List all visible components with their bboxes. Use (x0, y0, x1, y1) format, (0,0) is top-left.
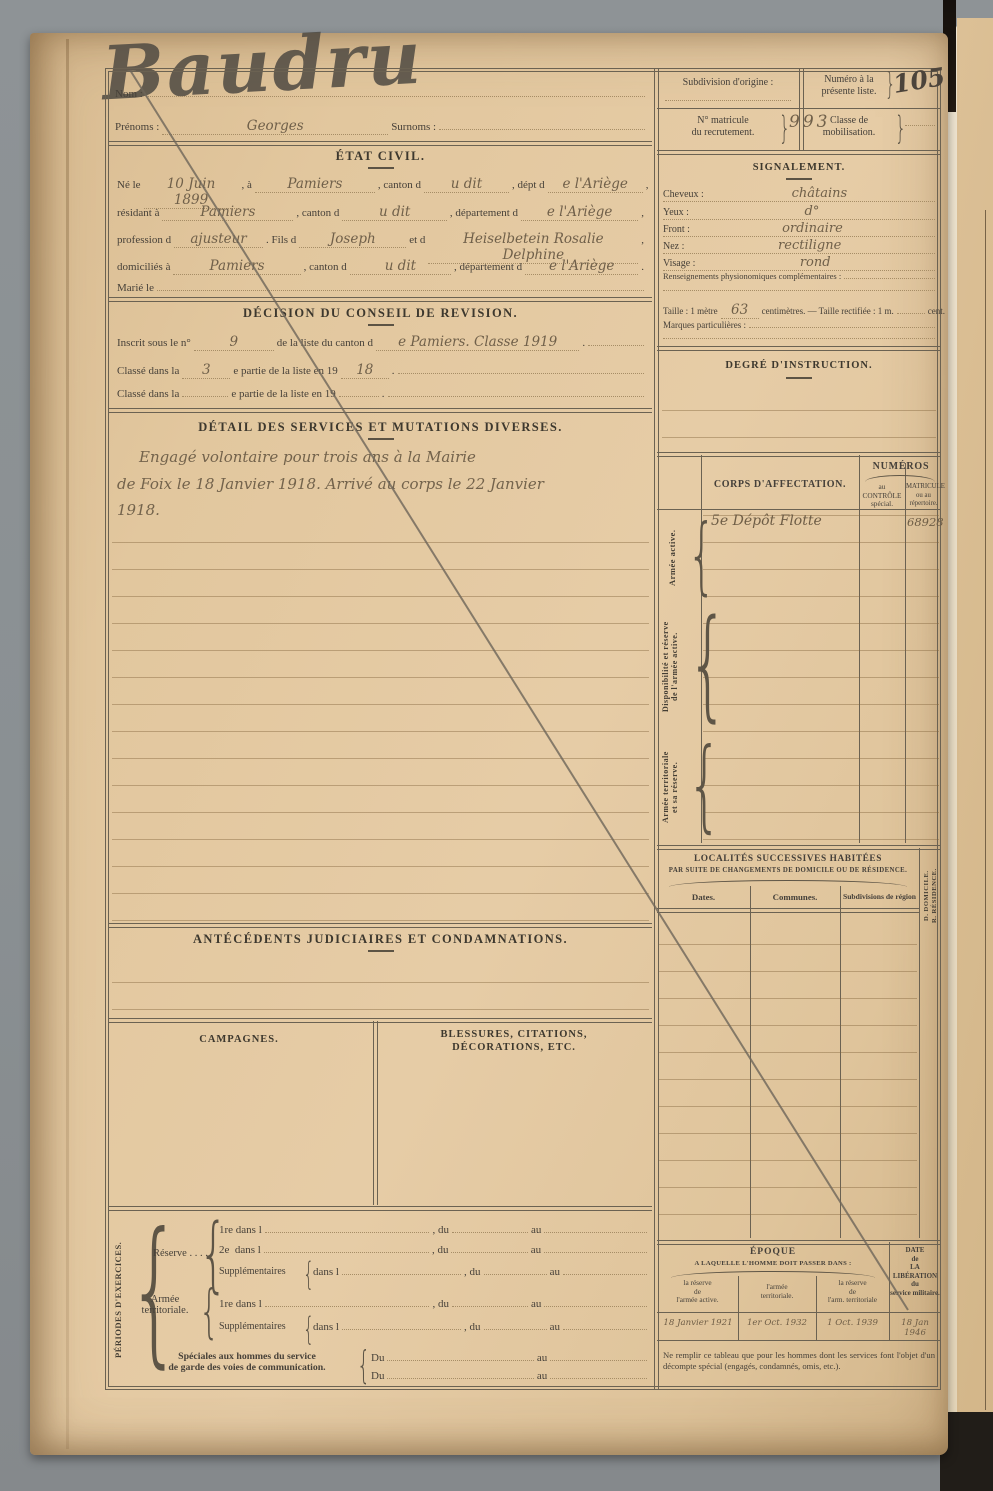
disponibilite-side-label: Disponibilité et réserve de l'armée acti… (661, 605, 679, 729)
signalement-row: Visage : rond (663, 255, 935, 271)
disponibilite-brace-icon: { (687, 605, 729, 725)
handwritten-text: 9 (194, 334, 274, 351)
dotted-rule (663, 337, 935, 339)
dotted-rule (563, 1272, 647, 1275)
territoriale-side-label: Armée territoriale et sa réserve. (661, 737, 679, 837)
yeux-label: Yeux : (663, 207, 689, 218)
decision-line-2: Classé dans la3e partie de la liste en 1… (117, 362, 644, 379)
printed-text: au (537, 1370, 547, 1382)
page-crease (66, 39, 69, 1449)
services-handwritten-2: de Foix le 18 Janvier 1918. Arrivé au co… (117, 475, 544, 493)
blank-ruled-area (112, 516, 649, 922)
speciales-brace-icon: { (357, 1346, 370, 1384)
periodes-section: PÉRIODES D'EXERCICES. { Réserve . . . . … (105, 1208, 656, 1390)
cheveux-label: Cheveux : (663, 189, 704, 200)
decision-line-1: Inscrit sous le n°9de la liste du canton… (117, 334, 644, 351)
degre-title: DEGRÉ D'INSTRUCTION. (657, 360, 941, 371)
handwritten-text: Pamiers (162, 204, 293, 221)
epoque-value-1: 18 Janvier 1921 (658, 1318, 738, 1328)
next-page-border-line (985, 210, 986, 1410)
handwritten-text: ajusteur (174, 231, 263, 248)
printed-text: dans l (313, 1321, 339, 1333)
printed-text: au (537, 1352, 547, 1364)
numeros-header: NUMÉROS (861, 461, 941, 472)
renseignements-label: Renseignements physionomiques complément… (663, 271, 841, 281)
blessures-header: BLESSURES, CITATIONS, DÉCORATIONS, ETC. (376, 1028, 652, 1054)
prenoms-row: Prénoms : Georges Surnoms : (115, 118, 645, 135)
rule-double (657, 346, 941, 351)
right-column: Subdivision d'origine : Numéro à la prés… (657, 68, 941, 1390)
matricule-form: Nom : Prénoms : Georges Surnoms : ÉTAT C… (105, 68, 941, 1390)
handwritten-text: e Pamiers. Classe 1919 (376, 334, 579, 351)
handwritten-text: Joseph (299, 231, 406, 248)
adjacent-page-edge (948, 26, 957, 1438)
dotted-rule (439, 127, 645, 130)
title-dash (368, 324, 394, 326)
dotted-rule (665, 99, 791, 101)
printed-text: . Fils d (266, 234, 296, 246)
numero-brace-icon: } (885, 70, 896, 100)
printed-text: centimètres. — Taille rectifiée : 1 m. (762, 306, 894, 316)
rule-double (109, 408, 652, 413)
dotted-rule (388, 394, 644, 397)
handwritten-text: 63 (721, 302, 759, 319)
printed-text: Classé dans la (117, 365, 179, 377)
printed-text: au (531, 1224, 541, 1236)
campagnes-header: CAMPAGNES. (105, 1034, 373, 1045)
printed-text: profession d (117, 234, 171, 246)
localites-subtitle: PAR SUITE DE CHANGEMENTS DE DOMICILE OU … (657, 867, 919, 874)
dotted-rule (905, 124, 935, 126)
visage-label: Visage : (663, 258, 695, 269)
title-dash (368, 438, 394, 440)
handwritten-text: 3 (182, 362, 230, 379)
header-bottom-line (657, 1312, 941, 1313)
services-handwritten-1: Engagé volontaire pour trois ans à la Ma… (139, 448, 476, 466)
printed-text: , du (432, 1298, 449, 1310)
printed-text: , du (464, 1321, 481, 1333)
epoque-col-2: l'armée territoriale. (738, 1283, 816, 1300)
speciales-label: Spéciales aux hommes du service de garde… (127, 1351, 367, 1373)
printed-text: , canton d (304, 261, 347, 273)
taille-row: Taille : 1 mètre63centimètres. — Taille … (663, 302, 935, 319)
rule-double (109, 297, 652, 302)
dotted-rule (451, 1250, 527, 1253)
dotted-rule (387, 1358, 533, 1361)
dotted-rule (663, 289, 935, 291)
over-brace (671, 1271, 875, 1278)
classe-brace-icon: } (895, 112, 906, 144)
dotted-rule (588, 343, 644, 346)
register-page: Baudru Nom : Prénoms : Georges Surnoms :… (30, 33, 948, 1455)
epoque-col-1: la réserve de l'armée active. (657, 1279, 738, 1305)
blank-ruled-area (112, 956, 649, 1016)
dotted-rule (749, 325, 935, 328)
rule-double (109, 141, 652, 146)
printed-text: , département d (450, 207, 518, 219)
table-bottom-line (657, 1340, 941, 1341)
surnoms-label: Surnoms : (391, 121, 436, 133)
dotted-rule (342, 1272, 461, 1275)
handwritten-text: e l'Ariège (548, 176, 643, 193)
handwritten-text: e l'Ariège (525, 258, 638, 275)
armee-active-side-label: Armée active. (667, 515, 677, 601)
dotted-rule (844, 276, 935, 279)
printed-text: , du (432, 1224, 449, 1236)
nez-value: rectiligne (684, 238, 935, 253)
signalement-row: Yeux : d° (663, 204, 935, 220)
corps-row-value: 5e Dépôt Flotte (711, 513, 822, 529)
printed-text: au (550, 1266, 560, 1278)
printed-text: Taille : 1 mètre (663, 306, 718, 316)
handwritten-text: e l'Ariège (521, 204, 638, 221)
signalement-row: Cheveux : châtains (663, 186, 935, 202)
next-page-strip (957, 18, 993, 1442)
prenoms-value: Georges (162, 118, 388, 135)
printed-text: Du (371, 1370, 384, 1382)
front-label: Front : (663, 224, 690, 235)
subdivision-label: Subdivision d'origine : (659, 77, 797, 88)
dates-header: Dates. (657, 892, 750, 902)
supplementaires-label: Supplémentaires (219, 1266, 286, 1277)
over-brace (865, 475, 935, 482)
speciales-row-1: Duau (371, 1352, 647, 1364)
printed-text: Classé dans la (117, 388, 179, 400)
handwritten-text: 18 (341, 362, 389, 379)
printed-text: Marié le (117, 282, 154, 294)
speciales-row-2: Duau (371, 1370, 647, 1382)
handwritten-text: Pamiers (255, 176, 375, 193)
scanned-military-register-page: { "scan": { "background_color": "#8d9295… (0, 0, 993, 1491)
dotted-rule (342, 1327, 461, 1330)
dotted-rule (264, 1250, 429, 1253)
printed-text: . (382, 388, 385, 400)
prenoms-label: Prénoms : (115, 121, 159, 133)
printed-text: . (641, 261, 644, 273)
dotted-rule (265, 1304, 430, 1307)
table-vline (919, 848, 920, 1238)
localites-table: LOCALITÉS SUCCESSIVES HABITÉES PAR SUITE… (657, 848, 941, 1238)
printed-text: . (392, 365, 395, 377)
printed-text: , département d (454, 261, 522, 273)
printed-text: au (531, 1298, 541, 1310)
corps-table: CORPS D'AFFECTATION. NUMÉROS au CONTRÔLE… (657, 455, 941, 843)
territoriale-label: Armée territoriale. (133, 1294, 197, 1316)
printed-text: Du (371, 1352, 384, 1364)
dotted-rule (182, 394, 228, 397)
visage-value: rond (695, 255, 935, 270)
periodes-side-label: PÉRIODES D'EXERCICES. (113, 1234, 123, 1366)
printed-text: , (641, 207, 644, 219)
printed-text: 1re dans l (219, 1224, 262, 1236)
table-vline (816, 1276, 817, 1340)
dotted-rule (339, 394, 379, 397)
dotted-rule (550, 1358, 647, 1361)
dotted-rule (563, 1327, 647, 1330)
printed-text: e partie de la liste en 19 (231, 388, 335, 400)
dotted-rule (265, 1230, 430, 1233)
epoque-col-3: la réserve de l'arm. territoriale (816, 1279, 889, 1305)
periodes-brace-icon: { (127, 1212, 182, 1370)
reserve-row-2: 2e dans l, duau (219, 1244, 647, 1256)
printed-text: , (641, 234, 644, 246)
printed-text: , canton d (378, 179, 421, 191)
epoque-value-3: 1 Oct. 1939 (817, 1318, 888, 1328)
handwritten-text: Pamiers (173, 258, 300, 275)
subdivisions-header: Subdivisions de région (840, 892, 919, 901)
epoque-subtitle: A LAQUELLE L'HOMME DOIT PASSER DANS : (657, 1260, 889, 1267)
handwritten-text: u dit (350, 258, 451, 275)
printed-text: . (582, 337, 585, 349)
epoque-value-4: 18 Jan 1946 (890, 1318, 940, 1338)
dotted-rule (452, 1304, 528, 1307)
epoque-title: ÉPOQUE (657, 1247, 889, 1257)
territoriale-brace-icon: { (199, 1282, 219, 1340)
marques-label: Marques particulières : (663, 320, 746, 330)
blank-ruled-area (703, 489, 939, 841)
territoriale-side-brace-icon: { (687, 735, 722, 835)
printed-text: de la liste du canton d (277, 337, 373, 349)
blank-ruled-area (659, 918, 917, 1236)
title-dash (786, 178, 812, 180)
signalement-title: SIGNALEMENT. (657, 162, 941, 173)
printed-text: 1re dans l (219, 1298, 262, 1310)
dotted-rule (544, 1230, 647, 1233)
printed-text: , du (464, 1266, 481, 1278)
handwritten-text: u dit (424, 176, 509, 193)
rule-double (109, 1018, 652, 1023)
printed-text: , à (242, 179, 252, 191)
blank-ruled-area (662, 384, 936, 448)
dotted-rule (157, 288, 644, 291)
printed-text: 2e dans l (219, 1244, 261, 1256)
printed-text: , canton d (296, 207, 339, 219)
decision-line-3: Classé dans lae partie de la liste en 19… (117, 388, 644, 400)
rule-double (657, 150, 941, 155)
dotted-rule (484, 1327, 547, 1330)
date-liberation-header: DATE de LA LIBÉRATION du service militai… (889, 1246, 941, 1298)
territoriale-row-1: 1re dans l, duau (219, 1298, 647, 1310)
epoque-table: ÉPOQUE A LAQUELLE L'HOMME DOIT PASSER DA… (657, 1242, 941, 1342)
dotted-rule (398, 371, 644, 374)
etat-civil-line-5: Marié le (117, 282, 644, 294)
numero-liste-value: 105 (891, 62, 947, 99)
printed-text: au (531, 1244, 541, 1256)
front-value: ordinaire (690, 221, 935, 236)
printed-text: résidant à (117, 207, 159, 219)
etat-civil-line-2: résidant àPamiers, canton du dit, départ… (117, 204, 644, 221)
nom-row: Nom : (115, 88, 645, 100)
epoque-note: Ne remplir ce tableau que pour les homme… (663, 1350, 935, 1372)
printed-text: cent. (928, 306, 945, 316)
title-dash (368, 167, 394, 169)
localites-title: LOCALITÉS SUCCESSIVES HABITÉES (657, 854, 919, 864)
corps-row-matricule: 68928 (907, 515, 944, 529)
communes-header: Communes. (750, 892, 840, 902)
yeux-value: d° (689, 204, 935, 219)
cheveux-value: châtains (704, 186, 935, 201)
marques-row: Marques particulières : (663, 320, 935, 330)
dotted-rule (484, 1272, 547, 1275)
printed-text: , (646, 179, 649, 191)
signalement-row: Front : ordinaire (663, 221, 935, 237)
dotted-rule (544, 1304, 647, 1307)
nez-label: Nez : (663, 241, 684, 252)
services-title: DÉTAIL DES SERVICES ET MUTATIONS DIVERSE… (105, 420, 656, 435)
renseignements-row: Renseignements physionomiques complément… (663, 271, 935, 281)
decision-title: DÉCISION DU CONSEIL DE REVISION. (105, 306, 656, 321)
printed-text: Inscrit sous le n° (117, 337, 191, 349)
reserve-row-1: 1re dans l, duau (219, 1224, 647, 1236)
numero-liste-label: Numéro à la présente liste. (803, 74, 895, 98)
matricule-label: N° matricule du recrutement. (659, 115, 787, 139)
printed-text: , dépt d (512, 179, 545, 191)
printed-text: e partie de la liste en 19 (233, 365, 337, 377)
classe-label: Classe de mobilisation. (803, 115, 895, 139)
territoriale-row-2: dans l, duau (313, 1321, 647, 1333)
printed-text: au (550, 1321, 560, 1333)
etat-civil-line-4: domiciliés àPamiers, canton du dit, dépa… (117, 258, 644, 275)
dotted-rule (550, 1376, 647, 1379)
printed-text: dans l (313, 1266, 339, 1278)
table-vline (738, 1276, 739, 1340)
reserve-row-3: dans l, duau (313, 1266, 647, 1278)
antecedents-title: ANTÉCÉDENTS JUDICIAIRES ET CONDAMNATIONS… (105, 932, 656, 947)
dotted-rule (146, 94, 645, 97)
handwritten-text: u dit (342, 204, 447, 221)
over-brace (669, 880, 907, 887)
dotted-rule (387, 1376, 533, 1379)
dotted-rule (452, 1230, 528, 1233)
printed-text: domiciliés à (117, 261, 170, 273)
title-dash (786, 377, 812, 379)
printed-text: , du (432, 1244, 449, 1256)
domicile-residence-side-label: D. DOMICILE. R. RÉSIDENCE. (923, 856, 939, 936)
etat-civil-title: ÉTAT CIVIL. (105, 149, 656, 164)
epoque-value-2: 1er Oct. 1932 (739, 1318, 815, 1328)
nom-label: Nom : (115, 88, 143, 100)
rule-double (109, 923, 652, 928)
title-dash (368, 950, 394, 952)
supplementaires-label-2: Supplémentaires (219, 1321, 286, 1332)
printed-text: et d (409, 234, 425, 246)
signalement-row: Nez : rectiligne (663, 238, 935, 254)
dotted-rule (544, 1250, 647, 1253)
rule-double (657, 908, 919, 913)
dotted-rule (897, 311, 925, 314)
printed-text: Né le (117, 179, 141, 191)
